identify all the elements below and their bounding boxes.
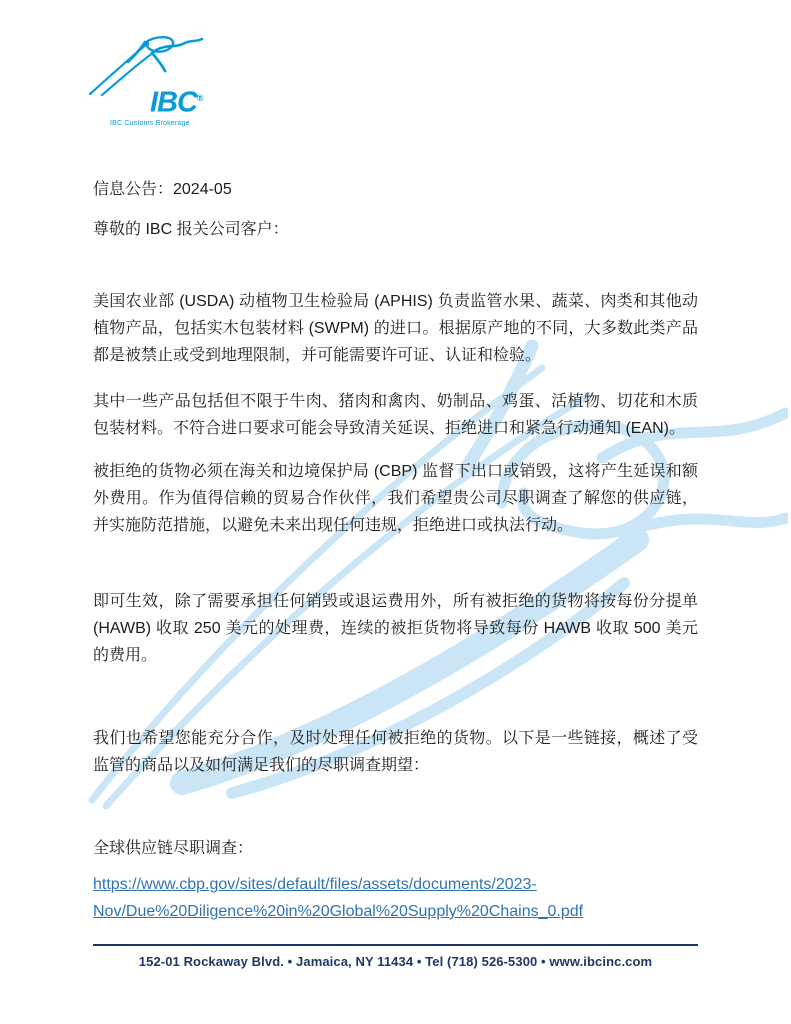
cbp-due-diligence-link[interactable]: https://www.cbp.gov/sites/default/files/…: [93, 876, 583, 920]
letter-body: 信息公告：2024-05 尊敬的 IBC 报关公司客户： 美国农业部 (USDA…: [0, 0, 791, 925]
registered-trademark-symbol: ®: [197, 93, 204, 103]
footer-divider: [93, 944, 698, 946]
paragraph-handling-fees: 即可生效，除了需要承担任何销毁或退运费用外，所有被拒绝的货物将按每份分提单 (H…: [93, 588, 698, 669]
notice-number: 信息公告：2024-05: [93, 176, 698, 203]
paragraph-usda-regulation: 美国农业部 (USDA) 动植物卫生检验局 (APHIS) 负责监管水果、蔬菜、…: [93, 288, 698, 369]
footer-contact-info: 152-01 Rockaway Blvd. • Jamaica, NY 1143…: [93, 954, 698, 969]
link-line: https://www.cbp.gov/sites/default/files/…: [93, 871, 698, 925]
paragraph-rejected-cargo-cbp: 被拒绝的货物必须在海关和边境保护局 (CBP) 监督下出口或销毁，这将产生延误和…: [93, 458, 698, 539]
logo-wordmark: IBC®: [150, 84, 204, 118]
page-footer: 152-01 Rockaway Blvd. • Jamaica, NY 1143…: [93, 944, 698, 969]
logo-tagline: IBC Customs Brokerage: [110, 120, 190, 127]
notice-document-page: IBC® IBC Customs Brokerage 信息公告：2024-05 …: [0, 0, 791, 1024]
link-section-heading: 全球供应链尽职调查：: [93, 835, 698, 862]
paragraph-cooperation-request: 我们也希望您能充分合作，及时处理任何被拒绝的货物。以下是一些链接，概述了受监管的…: [93, 725, 698, 779]
ibc-logo: IBC® IBC Customs Brokerage: [88, 34, 218, 132]
salutation: 尊敬的 IBC 报关公司客户：: [93, 216, 698, 243]
paragraph-regulated-products: 其中一些产品包括但不限于牛肉、猪肉和禽肉、奶制品、鸡蛋、活植物、切花和木质包装材…: [93, 388, 698, 442]
logo-brand-text: IBC: [150, 87, 197, 119]
